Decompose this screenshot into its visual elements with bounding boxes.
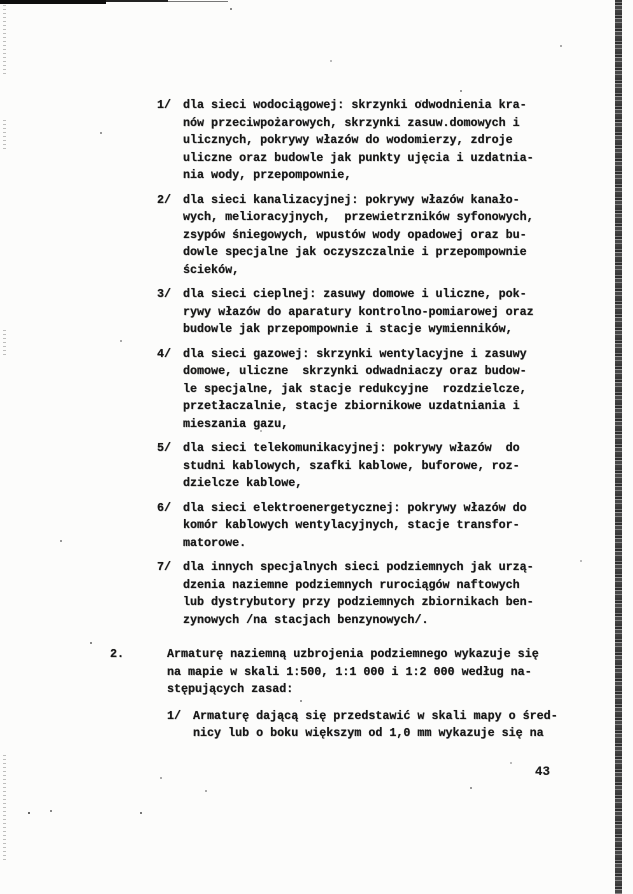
list-item-1: 1/ dla sieci wodociągowej: skrzynki odwo…: [183, 97, 583, 185]
scanned-page: 1/ dla sieci wodociągowej: skrzynki odwo…: [0, 0, 633, 894]
document-body: 1/ dla sieci wodociągowej: skrzynki odwo…: [183, 97, 583, 743]
list-item-marker: 6/: [157, 500, 171, 518]
list-item-text: dla sieci cieplnej: zasuwy domowe i ulic…: [183, 286, 583, 339]
scan-edge-left: [3, 5, 6, 77]
list-item-6: 6/ dla sieci elektroenergetycznej: pokry…: [183, 500, 583, 553]
list-item-7: 7/ dla innych specjalnych sieci podziemn…: [183, 559, 583, 629]
list-item-marker: 4/: [157, 346, 171, 364]
list-item-4: 4/ dla sieci gazowej: skrzynki wentylacy…: [183, 346, 583, 434]
scan-artifact-top-bar-thin: [106, 0, 168, 2]
paragraph-text: Armaturę naziemną uzbrojenia podziemnego…: [167, 646, 583, 699]
paragraph-2: 2. Armaturę naziemną uzbrojenia podziemn…: [167, 646, 583, 699]
sub-list-item-1: 1/ Armaturę dającą się przedstawić w ska…: [193, 708, 583, 743]
scan-edge-right: [615, 0, 622, 894]
scan-artifact-top-bar: [0, 0, 106, 4]
page-number: 43: [535, 765, 550, 779]
list-item-text: dla sieci wodociągowej: skrzynki odwodni…: [183, 97, 583, 185]
scan-noise: [0, 0, 2, 2]
list-item-marker: 2/: [157, 192, 171, 210]
scan-artifact-top-line: [168, 1, 228, 2]
paragraph-marker: 2.: [110, 646, 124, 664]
list-item-marker: 3/: [157, 286, 171, 304]
list-item-text: dla sieci telekomunikacyjnej: pokrywy wł…: [183, 440, 583, 493]
list-item-2: 2/ dla sieci kanalizacyjnej: pokrywy wła…: [183, 192, 583, 280]
list-item-text: dla innych specjalnych sieci podziemnych…: [183, 559, 583, 629]
list-item-marker: 7/: [157, 559, 171, 577]
list-item-text: dla sieci elektroenergetycznej: pokrywy …: [183, 500, 583, 553]
list-item-5: 5/ dla sieci telekomunikacyjnej: pokrywy…: [183, 440, 583, 493]
list-item-marker: 5/: [157, 440, 171, 458]
scan-edge-left: [3, 330, 6, 356]
scan-edge-left: [3, 755, 6, 860]
list-item-text: dla sieci kanalizacyjnej: pokrywy włazów…: [183, 192, 583, 280]
scan-edge-left: [3, 120, 6, 152]
list-item-marker: 1/: [167, 708, 181, 726]
list-item-text: dla sieci gazowej: skrzynki wentylacyjne…: [183, 346, 583, 434]
list-item-marker: 1/: [157, 97, 171, 115]
list-item-text: Armaturę dającą się przedstawić w skali …: [193, 708, 583, 743]
list-item-3: 3/ dla sieci cieplnej: zasuwy domowe i u…: [183, 286, 583, 339]
